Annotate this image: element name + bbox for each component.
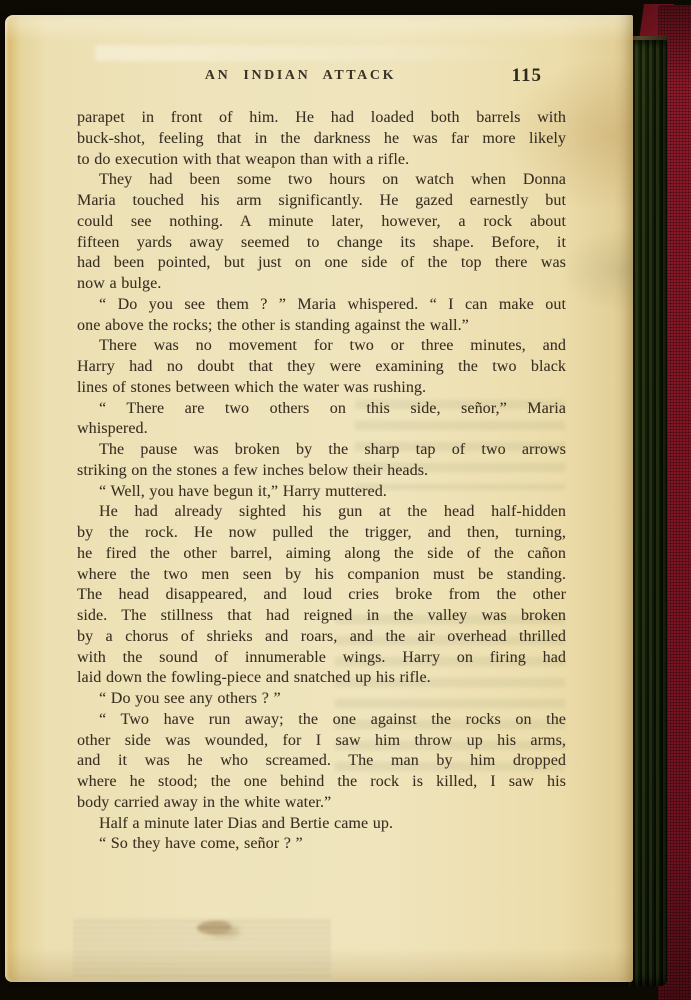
text-line: Half a minute later Dias and Bertie came… (77, 814, 566, 835)
text-line: whispered. (77, 419, 566, 440)
text-line: could see nothing. A minute later, howev… (77, 212, 566, 233)
text-line: side. The stillness that had reigned in … (77, 606, 566, 627)
text-line: and it was he who screamed. The man by h… (77, 751, 566, 772)
running-title: AN INDIAN ATTACK (205, 68, 396, 84)
text-line: he fired the other barrel, aiming along … (77, 544, 566, 565)
text-line: had been pointed, but just on one side o… (77, 253, 566, 274)
text-line: body carried away in the white water.” (77, 793, 566, 814)
text-line: There was no movement for two or three m… (77, 336, 566, 357)
text-line: where he stood; the one behind the rock … (77, 772, 566, 793)
text-line: “ There are two others on this side, señ… (77, 399, 566, 420)
text-line: Harry had no doubt that they were examin… (77, 357, 566, 378)
page-number: 115 (512, 65, 542, 87)
text-line: “ Two have run away; the one against the… (77, 710, 566, 731)
scan-artifact-band-bottom (73, 918, 331, 980)
text-line: with the sound of innumerable wings. Har… (77, 648, 566, 669)
text-line: where the two men seen by his companion … (77, 565, 566, 586)
text-line: other side was wounded, for I saw him th… (77, 731, 566, 752)
text-line: “ Do you see them ? ” Maria whispered. “… (77, 295, 566, 316)
text-line: “ Well, you have begun it,” Harry mutter… (77, 482, 566, 503)
page-header: AN INDIAN ATTACK 115 (77, 65, 566, 87)
text-line: buck-shot, feeling that in the darkness … (77, 129, 566, 150)
text-line: He had already sighted his gun at the he… (77, 502, 566, 523)
text-line: striking on the stones a few inches belo… (77, 461, 566, 482)
text-line: fifteen yards away seemed to change its … (77, 233, 566, 254)
text-line: “ So they have come, señor ? ” (77, 834, 566, 855)
text-line: They had been some two hours on watch wh… (77, 170, 566, 191)
text-line: The pause was broken by the sharp tap of… (77, 440, 566, 461)
text-line: by a chorus of shrieks and roars, and th… (77, 627, 566, 648)
text-line: parapet in front of him. He had loaded b… (77, 108, 566, 129)
page-body-text: parapet in front of him. He had loaded b… (77, 108, 566, 855)
text-line: Maria touched his arm significantly. He … (77, 191, 566, 212)
text-line: now a bulge. (77, 274, 566, 295)
text-line: to do execution with that weapon than wi… (77, 150, 566, 171)
text-line: lines of stones between which the water … (77, 378, 566, 399)
scan-artifact-band-top (95, 45, 545, 61)
text-line: one above the rocks; the other is standi… (77, 316, 566, 337)
book-page: AN INDIAN ATTACK 115 parapet in front of… (5, 15, 633, 982)
page-content: AN INDIAN ATTACK 115 parapet in front of… (77, 65, 566, 855)
text-line: by the rock. He now pulled the trigger, … (77, 523, 566, 544)
text-line: The head disappeared, and loud cries bro… (77, 585, 566, 606)
text-line: laid down the fowling-piece and snatched… (77, 668, 566, 689)
text-line: “ Do you see any others ? ” (77, 689, 566, 710)
